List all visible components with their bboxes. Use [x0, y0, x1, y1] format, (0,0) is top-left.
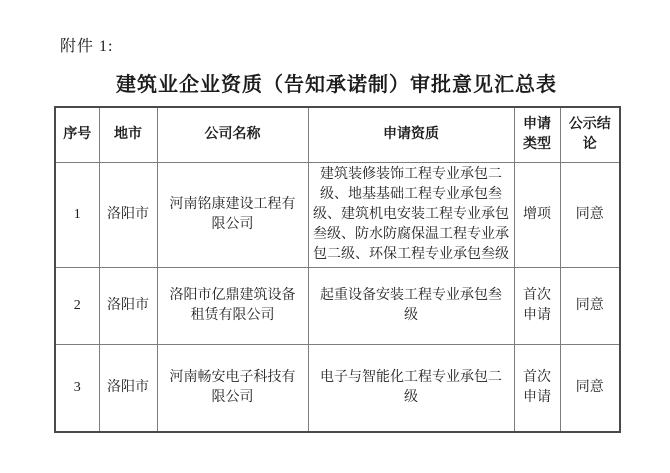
cell-conclusion: 同意 — [560, 267, 620, 344]
header-company: 公司名称 — [157, 107, 308, 162]
header-conclusion: 公示结论 — [560, 107, 620, 162]
table-header-row: 序号 地市 公司名称 申请资质 申请类型 公示结论 — [55, 107, 620, 162]
approval-summary-table: 序号 地市 公司名称 申请资质 申请类型 公示结论 1 洛阳市 河南铭康建设工程… — [54, 106, 621, 433]
cell-city: 洛阳市 — [99, 267, 157, 344]
attachment-label: 附件 1: — [60, 33, 113, 56]
header-apply-type: 申请类型 — [514, 107, 560, 162]
cell-seq: 2 — [55, 267, 99, 344]
page-title: 建筑业企业资质（告知承诺制）审批意见汇总表 — [54, 68, 619, 97]
header-seq: 序号 — [55, 107, 99, 162]
cell-qualification: 电子与智能化工程专业承包二 级 — [308, 344, 514, 432]
cell-company: 洛阳市亿鼎建筑设备 租赁有限公司 — [157, 267, 308, 344]
cell-seq: 3 — [55, 344, 99, 432]
table-row: 1 洛阳市 河南铭康建设工程有 限公司 建筑装修装饰工程专业承包二 级、地基基础… — [55, 162, 620, 267]
header-city: 地市 — [99, 107, 157, 162]
header-qualification: 申请资质 — [308, 107, 514, 162]
cell-city: 洛阳市 — [99, 162, 157, 267]
cell-conclusion: 同意 — [560, 162, 620, 267]
cell-apply-type: 增项 — [514, 162, 560, 267]
cell-apply-type: 首次申请 — [514, 344, 560, 432]
cell-seq: 1 — [55, 162, 99, 267]
cell-apply-type: 首次申请 — [514, 267, 560, 344]
cell-city: 洛阳市 — [99, 344, 157, 432]
cell-company: 河南畅安电子科技有 限公司 — [157, 344, 308, 432]
table-row: 3 洛阳市 河南畅安电子科技有 限公司 电子与智能化工程专业承包二 级 首次申请… — [55, 344, 620, 432]
cell-conclusion: 同意 — [560, 344, 620, 432]
cell-qualification: 建筑装修装饰工程专业承包二 级、地基基础工程专业承包叁 级、建筑机电安装工程专业… — [308, 162, 514, 267]
cell-company: 河南铭康建设工程有 限公司 — [157, 162, 308, 267]
cell-qualification: 起重设备安装工程专业承包叁 级 — [308, 267, 514, 344]
table-row: 2 洛阳市 洛阳市亿鼎建筑设备 租赁有限公司 起重设备安装工程专业承包叁 级 首… — [55, 267, 620, 344]
document-page: 附件 1: 建筑业企业资质（告知承诺制）审批意见汇总表 序号 地市 公司名称 申… — [0, 0, 670, 473]
